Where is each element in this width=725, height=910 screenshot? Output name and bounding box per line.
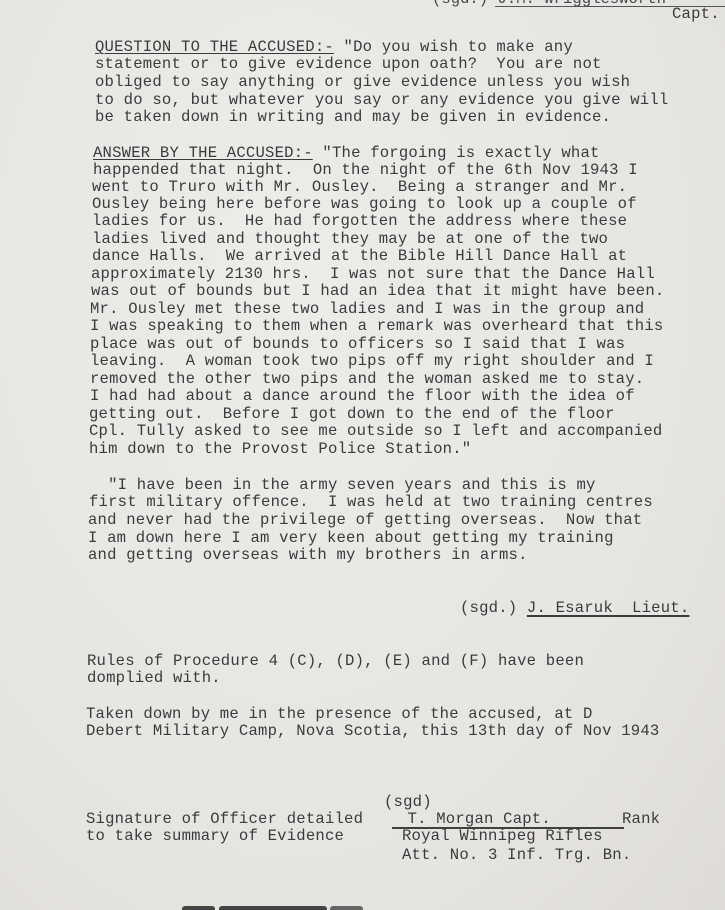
statement-line-4: I am down here I am very keen about gett… <box>88 530 614 547</box>
officer-attached: Att. No. 3 Inf. Trg. Bn. <box>402 847 631 864</box>
officer-unit: Royal Winnipeg Rifles <box>402 828 603 845</box>
answer-line-7: dance Halls. We arrived at the Bible Hil… <box>92 248 627 265</box>
answer-line-5: ladies for us. He had forgotten the addr… <box>92 213 627 230</box>
answer-line-17: Cpl. Tully asked to see me outside so I … <box>89 423 662 440</box>
answer-line-3: went to Truro with Mr. Ousley. Being a s… <box>92 179 627 196</box>
statement-line-1: "I have been in the army seven years and… <box>89 477 596 494</box>
answer-line-9: was out of bounds but I had an idea that… <box>91 283 664 300</box>
answer-line-12: place was out of bounds to officers so I… <box>90 336 625 353</box>
answer-line-11: I was speaking to them when a remark was… <box>90 318 663 335</box>
accused-signature: (sgd.) J. Esaruk Lieut. <box>460 600 689 617</box>
previous-rank: Capt. <box>672 6 720 23</box>
officer-label-line-2: to take summary of Evidence <box>86 828 344 845</box>
answer-label: ANSWER BY THE ACCUSED:- <box>93 144 313 162</box>
answer-line-8: approximately 2130 hrs. I was not sure t… <box>91 266 655 283</box>
answer-line-6: ladies lived and thought they may be at … <box>92 231 608 248</box>
question-line-4: to do so, but whatever you say or any ev… <box>95 92 668 109</box>
answer-line-2: happended that night. On the night of th… <box>93 162 638 179</box>
answer-line-4: Ousley being here before was going to lo… <box>92 196 637 213</box>
rank-label: Rank <box>622 811 660 828</box>
question-label: QUESTION TO THE ACCUSED:- <box>95 38 334 56</box>
question-line-1: QUESTION TO THE ACCUSED:- "Do you wish t… <box>95 39 573 56</box>
statement-line-3: and never had the privilege of getting o… <box>88 512 642 529</box>
toolbar-edge-right <box>330 906 363 910</box>
statement-line-2: first military offence. I was held at tw… <box>89 494 653 511</box>
answer-line-1: ANSWER BY THE ACCUSED:- "The forgoing is… <box>93 145 600 162</box>
document-page: (sgd.) J.M. Wrigglesworth Capt. QUESTION… <box>0 0 725 910</box>
toolbar-edge-middle <box>219 906 327 910</box>
statement-line-5: and getting overseas with my brothers in… <box>88 547 528 564</box>
taken-down-line-1: Taken down by me in the presence of the … <box>86 706 593 723</box>
answer-line-16: getting out. Before I got down to the en… <box>89 406 615 423</box>
officer-label-line-1: Signature of Officer detailed <box>86 811 363 828</box>
question-line-3: obliged to say anything or give evidence… <box>95 74 630 91</box>
answer-line-14: removed the other two pips and the woman… <box>90 371 644 388</box>
rules-line-1: Rules of Procedure 4 (C), (D), (E) and (… <box>87 653 584 670</box>
answer-line-18: him down to the Provost Police Station." <box>89 441 471 458</box>
officer-name: T. Morgan Capt. <box>398 811 551 828</box>
answer-line-10: Mr. Ousley met these two ladies and I wa… <box>90 301 644 318</box>
question-line-2: statement or to give evidence upon oath?… <box>95 56 602 73</box>
answer-line-15: I had had about a dance around the floor… <box>90 388 635 405</box>
question-line-5: be taken down in writing and may be give… <box>95 109 611 126</box>
rules-line-2: domplied with. <box>87 670 221 687</box>
toolbar-edge-left <box>182 906 215 910</box>
officer-sgd: (sgd) <box>384 794 432 811</box>
taken-down-line-2: Debert Military Camp, Nova Scotia, this … <box>86 723 659 740</box>
accused-name: J. Esaruk Lieut. <box>527 599 689 617</box>
answer-line-13: leaving. A woman took two pips off my ri… <box>90 353 654 370</box>
